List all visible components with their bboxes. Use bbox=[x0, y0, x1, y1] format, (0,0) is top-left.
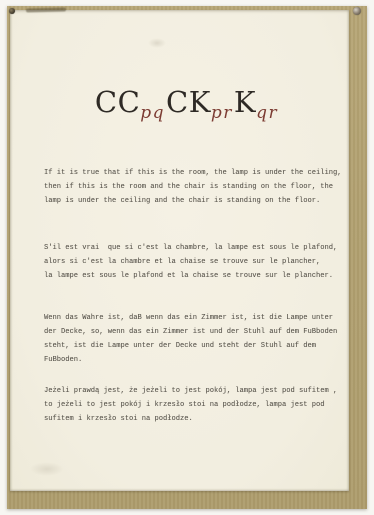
push-pin-top-left bbox=[9, 8, 15, 14]
paragraph-french: S'il est vrai que si c'est la chambre, l… bbox=[44, 241, 337, 283]
paragraph-german: Wenn das Wahre ist, daB wenn das ein Zim… bbox=[44, 311, 337, 367]
artwork-photo: CCpqCKprKqr If it is true that if this i… bbox=[0, 0, 374, 515]
formula-capital-segment: CC bbox=[95, 85, 140, 119]
formula-subscript-segment: pr bbox=[211, 103, 233, 123]
paragraph-polish: Jeżeli prawdą jest, że jeżeli to jest po… bbox=[44, 384, 337, 426]
paragraph-english: If it is true that if this is the room, … bbox=[44, 166, 342, 208]
formula-subscript-segment: qr bbox=[256, 103, 278, 123]
push-pin-top-right bbox=[353, 7, 361, 15]
formula-capital-segment: CK bbox=[166, 85, 211, 119]
formula-subscript-segment: pq bbox=[140, 103, 165, 123]
formula-capital-segment: K bbox=[234, 85, 256, 119]
logic-formula-title: CCpqCKprKqr bbox=[0, 85, 374, 119]
